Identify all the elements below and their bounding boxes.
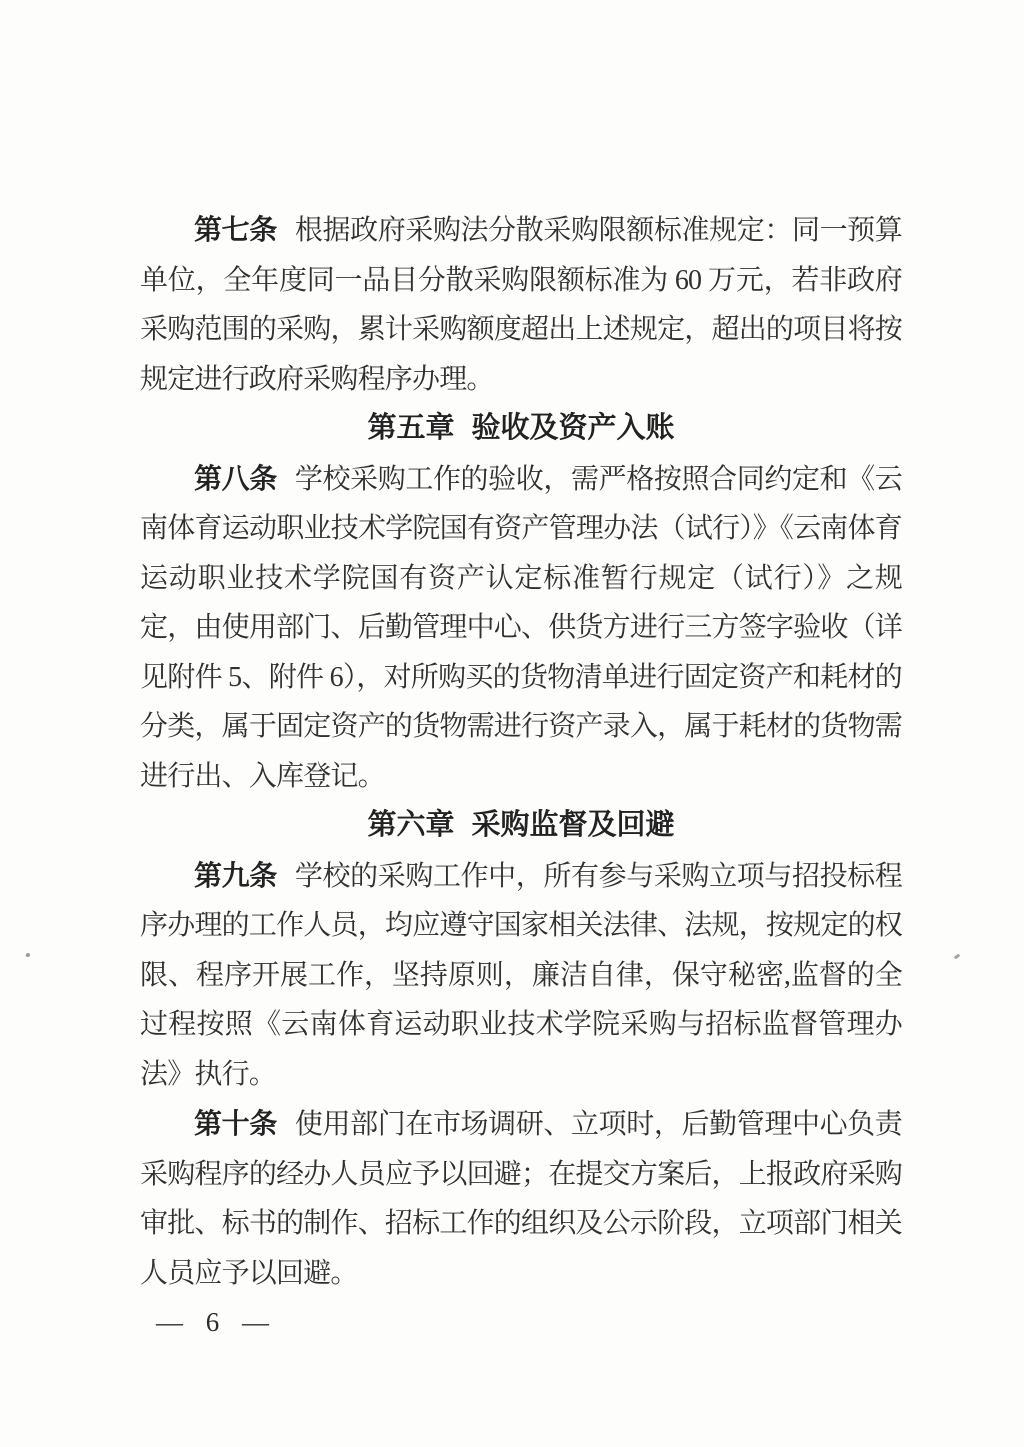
chapter-5-heading: 第五章 验收及资产入账 (140, 404, 902, 454)
scan-speck-right (954, 954, 961, 960)
document-body: 第七条根据政府采购法分散采购限额标准规定：同一预算单位，全年度同一品目分散采购限… (140, 205, 902, 1348)
article-9-text: 学校的采购工作中，所有参与采购立项与招投标程序办理的工作人员，均应遵守国家相关法… (140, 861, 902, 1090)
article-7-label: 第七条 (194, 214, 277, 245)
article-7-paragraph: 第七条根据政府采购法分散采购限额标准规定：同一预算单位，全年度同一品目分散采购限… (140, 205, 902, 404)
article-10-paragraph: 第十条使用部门在市场调研、立项时，后勤管理中心负责采购程序的经办人员应予以回避；… (140, 1099, 902, 1298)
article-8-paragraph: 第八条学校采购工作的验收，需严格按照合同约定和《云南体育运动职业技术学院国有资产… (140, 454, 902, 802)
page-number: — 6 — (140, 1298, 902, 1348)
article-10-label: 第十条 (194, 1108, 277, 1139)
scan-speck-left (25, 952, 30, 957)
article-8-label: 第八条 (194, 463, 277, 494)
chapter-6-heading: 第六章 采购监督及回避 (140, 801, 902, 851)
document-page: 第七条根据政府采购法分散采购限额标准规定：同一预算单位，全年度同一品目分散采购限… (0, 0, 1024, 1447)
article-8-text: 学校采购工作的验收，需严格按照合同约定和《云南体育运动职业技术学院国有资产管理办… (140, 464, 902, 792)
article-9-paragraph: 第九条学校的采购工作中，所有参与采购立项与招投标程序办理的工作人员，均应遵守国家… (140, 851, 902, 1100)
article-9-label: 第九条 (194, 860, 277, 891)
